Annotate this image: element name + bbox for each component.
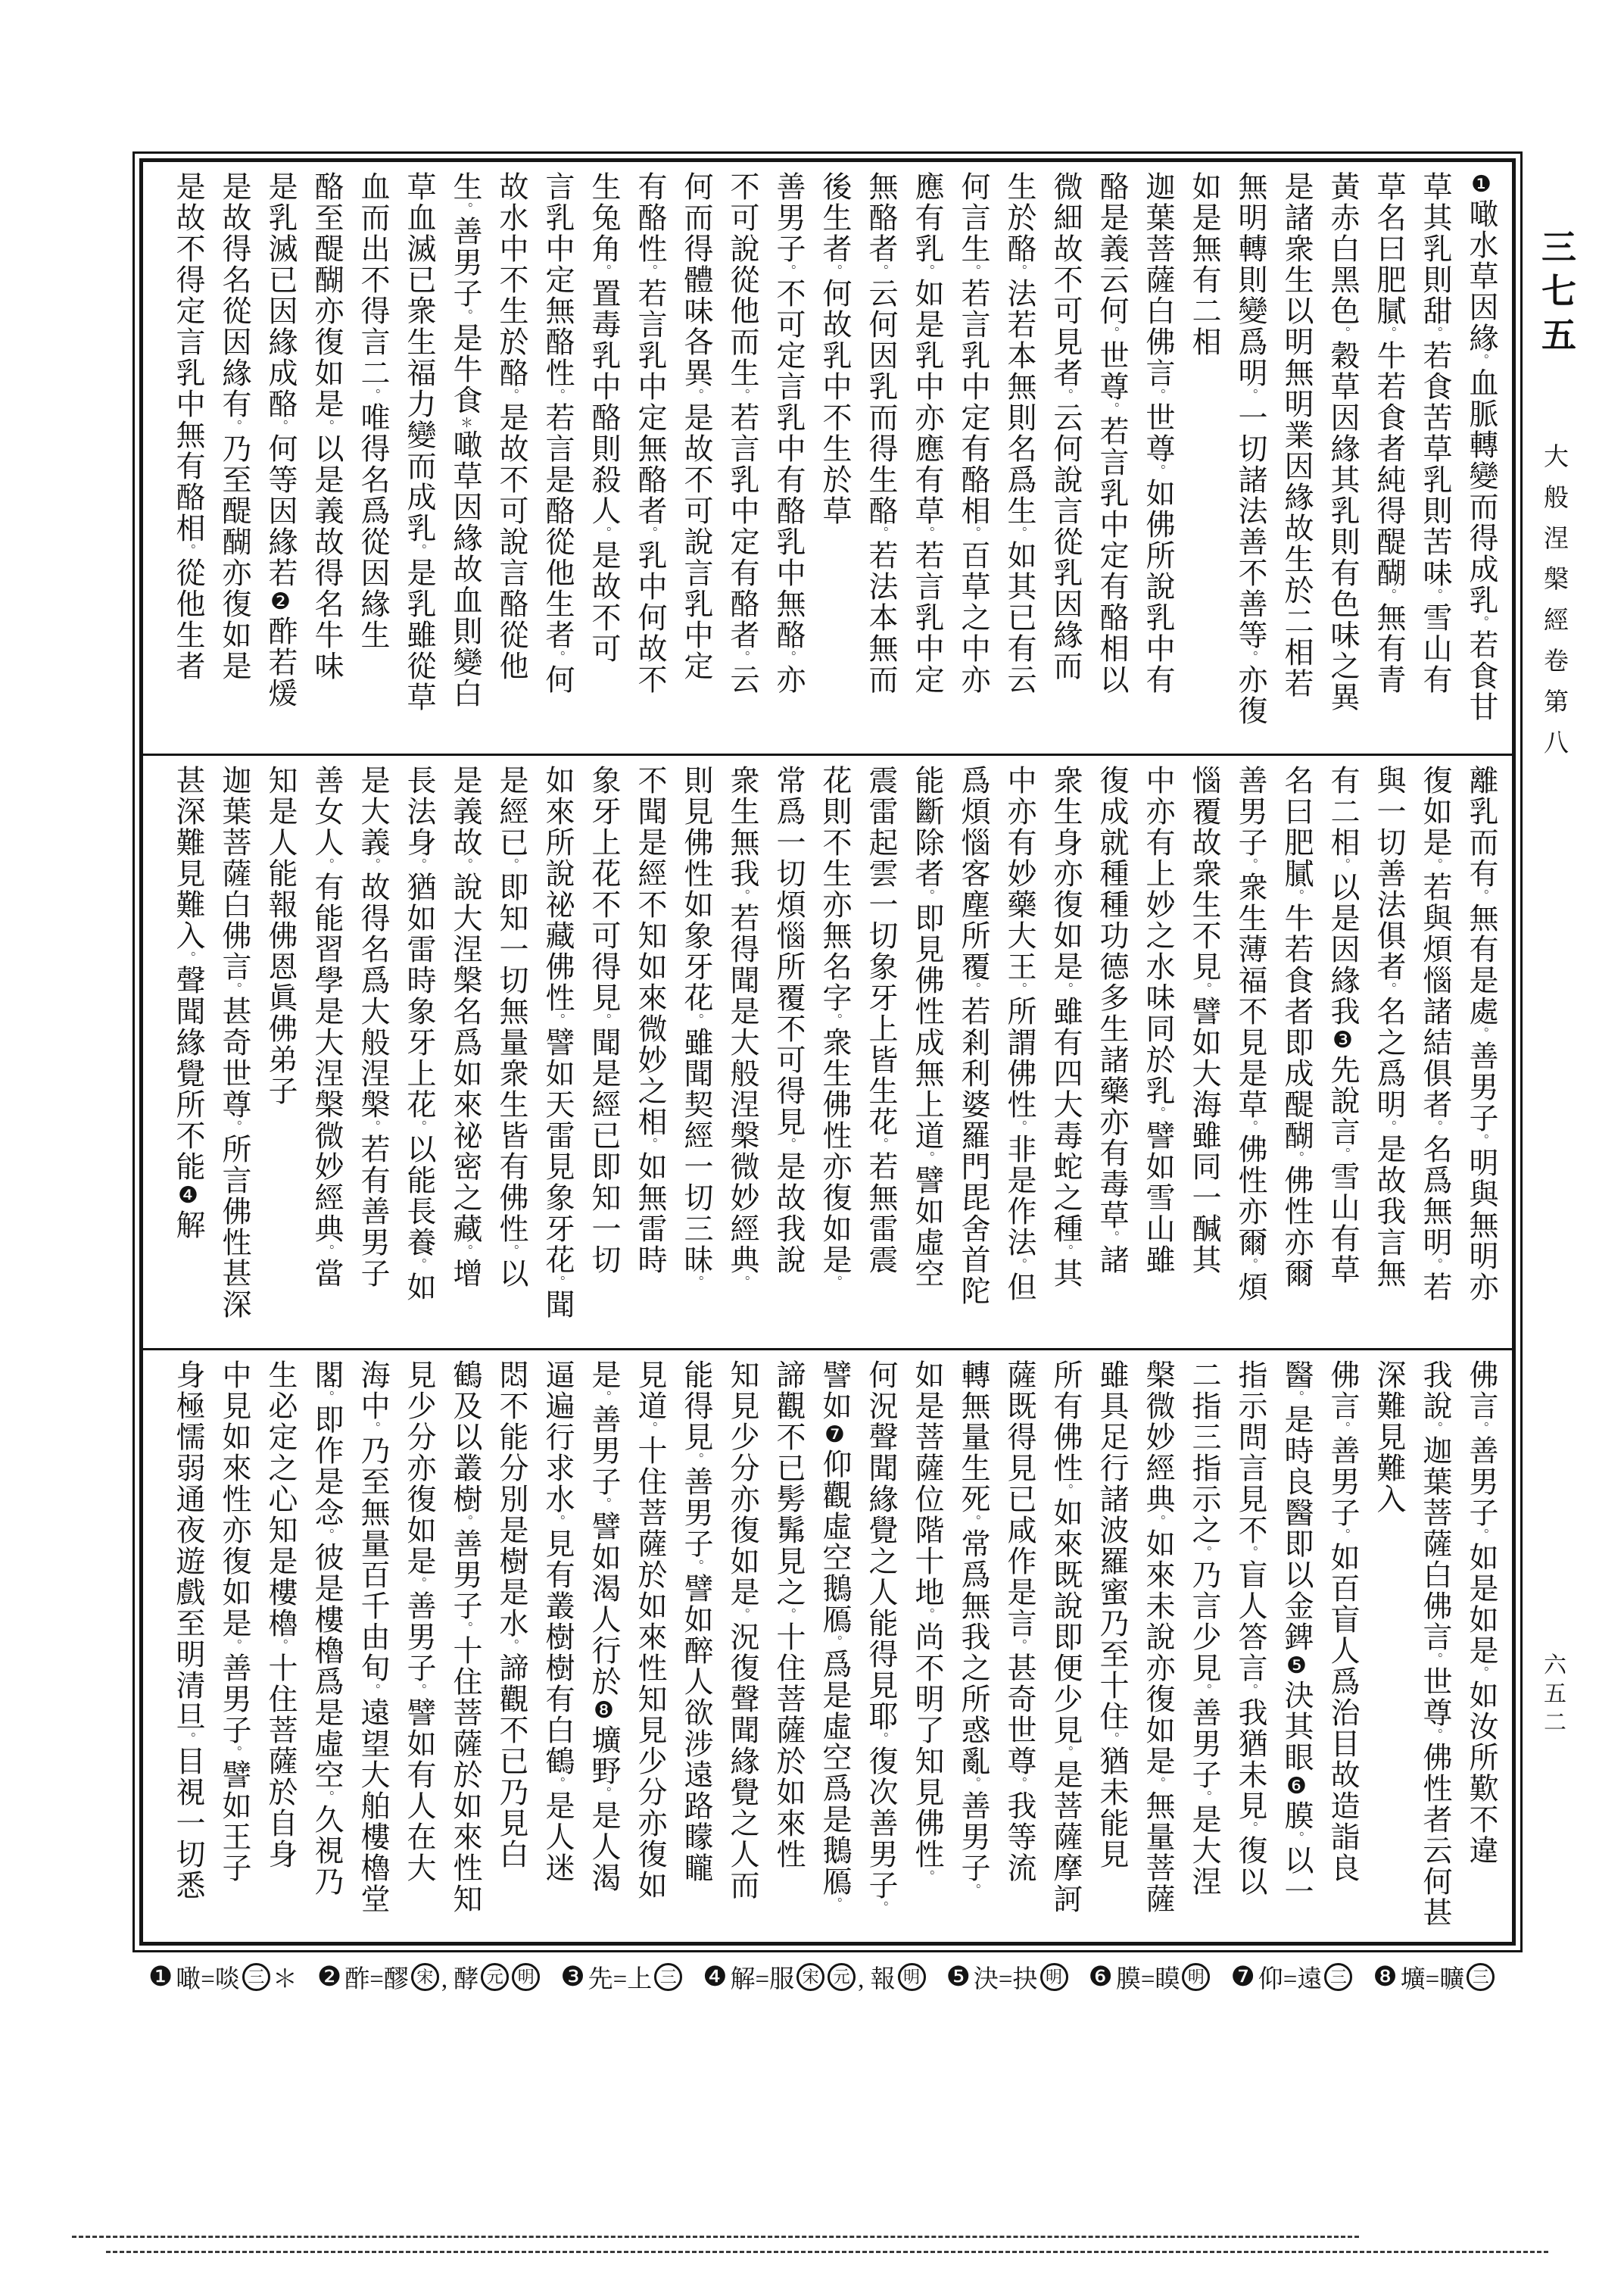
punctuation-mark: 。 <box>1243 1684 1258 1697</box>
punctuation-mark: 。 <box>1151 464 1165 478</box>
text-column: 二指三指示之。乃言少見。善男子。是大涅 <box>1181 1359 1227 1937</box>
punctuation-mark: 。 <box>597 1390 611 1404</box>
punctuation-mark: 。 <box>181 1732 195 1746</box>
punctuation-mark: 。 <box>1474 1528 1488 1542</box>
punctuation-mark: 。 <box>1289 1831 1304 1845</box>
punctuation-mark: 。 <box>458 1621 472 1635</box>
punctuation-mark: 。 <box>966 526 980 540</box>
punctuation-mark: 。 <box>966 1883 980 1897</box>
punctuation-mark: 。 <box>689 1013 703 1027</box>
punctuation-mark: 。 <box>1243 651 1258 664</box>
punctuation-mark: 。 <box>366 1120 380 1134</box>
text-column: 如是無有二相 <box>1181 171 1227 749</box>
punctuation-mark: 。 <box>735 889 750 903</box>
text-band-top: ❶噉水草因緣。血脈轉變而得成乳。若食甘草其乳則甜。若食苦草乳則苦味。雪山有草名曰… <box>143 162 1512 754</box>
text-column: 名曰肥膩。牛若食者即成醍醐。佛性亦爾 <box>1273 765 1320 1343</box>
punctuation-mark: 。 <box>458 1515 472 1528</box>
text-column: 生兔角。置毒乳中酪則殺人。是故不可 <box>581 171 627 749</box>
punctuation-mark: 。 <box>828 1275 842 1289</box>
scanned-sutra-page: 三七五 大般涅槃經卷第八 六五二 ❶噉水草因緣。血脈轉變而得成乳。若食甘草其乳則… <box>0 0 1624 2272</box>
punctuation-mark: 。 <box>689 1453 703 1466</box>
punctuation-mark: 。 <box>1474 1422 1488 1435</box>
text-column: 是故不得定言乳中無有酪相。從他生者 <box>165 171 211 749</box>
text-column: 是義故。說大涅槃名爲如來祕密之藏。增 <box>442 765 488 1343</box>
text-column: 是故得名從因緣有。乃至醍醐亦復如是 <box>211 171 257 749</box>
punctuation-mark: 。 <box>1105 402 1119 416</box>
text-column: 善男子。衆生薄福不見是草。佛性亦爾。煩 <box>1227 765 1273 1343</box>
text-column: 生於酪。法若本無則名爲生。如其已有云 <box>996 171 1043 749</box>
punctuation-mark: 。 <box>1151 1106 1165 1120</box>
text-frame-inner: ❶噉水草因緣。血脈轉變而得成乳。若食甘草其乳則甜。若食苦草乳則苦味。雪山有草名曰… <box>139 158 1516 1946</box>
text-band-bottom: 佛言。善男子。如是如是。如汝所歎不違我說。迦葉菩薩白佛言。世尊。佛性者云何甚深難… <box>143 1348 1512 1942</box>
text-column: 海中。乃至無量百千由旬。遠望大舶樓櫓堂 <box>350 1359 396 1937</box>
punctuation-mark: 。 <box>1474 1666 1488 1680</box>
punctuation-mark: 。 <box>1243 389 1258 402</box>
punctuation-mark: 。 <box>828 264 842 278</box>
punctuation-mark: 。 <box>1289 1390 1304 1404</box>
punctuation-mark: 。 <box>1428 1258 1442 1272</box>
text-column: 薩既得見已咸作是言。甚奇世尊。我等流 <box>996 1359 1043 1937</box>
text-column: 善女人。有能習學是大涅槃微妙經典。當 <box>304 765 350 1343</box>
text-column: 鶴及以叢樹。善男子。十住菩薩於如來性知 <box>442 1359 488 1937</box>
punctuation-mark: 。 <box>1105 326 1119 340</box>
punctuation-mark: 。 <box>412 544 426 557</box>
edition-circle-icon: 三 <box>1467 1963 1495 1991</box>
punctuation-mark: 。 <box>1058 1484 1073 1497</box>
text-column: 酪至醍醐亦復如是。以是義故得名牛味 <box>304 171 350 749</box>
punctuation-mark: 。 <box>781 651 796 664</box>
footnote-number-icon: ❷ <box>317 1961 341 1993</box>
punctuation-mark: 。 <box>689 1275 703 1289</box>
punctuation-mark: 。 <box>874 526 888 540</box>
punctuation-mark: 。 <box>1336 1147 1350 1161</box>
footnote-text: 壙=曠 <box>1401 1959 1465 1995</box>
edition-circle-icon: 元 <box>828 1963 856 1991</box>
text-column: 黃赤白黑色。穀草因緣其乳則有色味之異 <box>1320 171 1366 749</box>
punctuation-mark: 。 <box>874 1901 888 1915</box>
edition-circle-icon: 宋 <box>411 1963 439 1991</box>
footnote-ref-marker: ❺ <box>1284 1653 1309 1680</box>
punctuation-mark: 。 <box>1382 1120 1396 1134</box>
text-column: 花則不生亦無名字。衆生佛性亦復如是。 <box>812 765 858 1343</box>
footnote-ref-marker: ❹ <box>176 1182 201 1209</box>
punctuation-mark: 。 <box>227 982 242 996</box>
punctuation-mark: 。 <box>735 1608 750 1621</box>
punctuation-mark: 。 <box>1336 1528 1350 1542</box>
punctuation-mark: 。 <box>227 1746 242 1759</box>
edition-circle-icon: 三 <box>242 1963 270 1991</box>
text-column: 閣。即作是念。彼是樓櫓爲是虛空。久視乃 <box>304 1359 350 1937</box>
text-column: 善男子。不可定言乳中有酪乳中無酪。亦 <box>765 171 812 749</box>
punctuation-mark: 。 <box>1012 1639 1027 1653</box>
text-column: 是。善男子。譬如渴人行於❽壙野。是人渴 <box>581 1359 627 1937</box>
punctuation-mark: 。 <box>227 1120 242 1134</box>
edition-circle-icon: 明 <box>512 1963 540 1991</box>
footnote-ref-marker: ❻ <box>1284 1773 1309 1800</box>
text-column: 有二相。以是因緣我❸先說言。雪山有草 <box>1320 765 1366 1343</box>
footnote-entry: ❶噉=啖三＊ <box>148 1959 298 1995</box>
footnote-text: , 報 <box>858 1959 896 1995</box>
text-column: 血而出不得言二。唯得名爲從因緣生 <box>350 171 396 749</box>
punctuation-mark: 。 <box>1197 1684 1211 1697</box>
punctuation-mark: 。 <box>643 1422 657 1435</box>
text-column: 逼遍行求水。見有叢樹樹有白鶴。是人迷 <box>535 1359 581 1937</box>
text-column: 悶不能分別是樹是水。諦觀不已乃見白 <box>488 1359 535 1937</box>
text-column: 佛言。善男子。如是如是。如汝所歎不違 <box>1458 1359 1504 1937</box>
punctuation-mark: 。 <box>1012 1258 1027 1272</box>
text-column: 身極懦弱通夜遊戲至明清旦。目視一切悉 <box>165 1359 211 1937</box>
punctuation-mark: 。 <box>1197 1790 1211 1804</box>
footnote-number-icon: ❹ <box>703 1961 727 1993</box>
text-column: 甚深難見難入。聲聞緣覺所不能❹解 <box>165 765 211 1343</box>
text-column: 是諸衆生以明無明業因緣故生於二相若 <box>1273 171 1320 749</box>
footnote-text: 噉=啖 <box>176 1959 240 1995</box>
punctuation-mark: 。 <box>504 858 519 872</box>
text-frame: ❶噉水草因緣。血脈轉變而得成乳。若食甘草其乳則甜。若食苦草乳則苦味。雪山有草名曰… <box>132 151 1523 1952</box>
punctuation-mark: 。 <box>227 1639 242 1653</box>
punctuation-mark: 。 <box>597 264 611 278</box>
punctuation-mark: 。 <box>828 1897 842 1911</box>
punctuation-mark: 。 <box>1151 389 1165 402</box>
text-column: 與一切善法俱者。名之爲明。是故我言無 <box>1366 765 1412 1343</box>
text-column: 常爲一切煩惱所覆不可得見。是故我說 <box>765 765 812 1343</box>
punctuation-mark: 。 <box>920 1151 934 1165</box>
punctuation-mark: 。 <box>1012 1777 1027 1790</box>
text-column: 長法身。猶如雷時象牙上花。以能長養。如 <box>396 765 442 1343</box>
text-column: 迦葉菩薩白佛言。世尊。如佛所說乳中有 <box>1135 171 1181 749</box>
footnote-ref-marker: ❼ <box>822 1422 847 1449</box>
text-column: 指示問言見不。盲人答言。我猶未見。復以 <box>1227 1359 1273 1937</box>
text-column: 佛言。善男子。如百盲人爲治目故造詣良 <box>1320 1359 1366 1937</box>
punctuation-mark: 。 <box>458 202 472 216</box>
edition-circle-icon: 明 <box>898 1963 926 1991</box>
text-column: 無明轉則變爲明。一切諸法善不善等。亦復 <box>1227 171 1273 749</box>
punctuation-mark: 。 <box>966 1777 980 1790</box>
text-column: 不聞是經不知如來微妙之相。如無雷時 <box>627 765 673 1343</box>
text-column: 知見少分亦復如是。況復聲聞緣覺之人而 <box>719 1359 765 1937</box>
text-column: 離乳而有。無有是處。善男子。明與無明亦 <box>1458 765 1504 1343</box>
text-column: 深難見難入 <box>1366 1359 1412 1937</box>
punctuation-mark: 。 <box>550 1777 565 1790</box>
punctuation-mark: 。 <box>874 1732 888 1746</box>
text-column: 如來所說祕藏佛性。譬如天雷見象牙花。聞 <box>535 765 581 1343</box>
punctuation-mark: 。 <box>689 1559 703 1573</box>
punctuation-mark: 。 <box>1474 354 1488 367</box>
punctuation-mark: 。 <box>1428 1653 1442 1666</box>
punctuation-mark: 。 <box>504 1639 519 1653</box>
punctuation-mark: 。 <box>504 1244 519 1258</box>
punctuation-mark: 。 <box>920 264 934 278</box>
footnote-text: ＊ <box>273 1959 298 1995</box>
text-column: 見道。十住菩薩於如來性知見少分亦復如 <box>627 1359 673 1937</box>
punctuation-mark: 。 <box>1243 1821 1258 1835</box>
punctuation-mark: 。 <box>320 1390 334 1404</box>
punctuation-mark: 。 <box>781 1608 796 1621</box>
text-column: 是經已。即知一切無量衆生皆有佛性。以 <box>488 765 535 1343</box>
punctuation-mark: 。 <box>874 264 888 278</box>
text-column: 不可說從他而生。若言乳中定有酪者。云 <box>719 171 765 749</box>
punctuation-mark: 。 <box>1012 526 1027 540</box>
footnote-text: 解=服 <box>731 1959 795 1995</box>
edition-circle-icon: 三 <box>654 1963 682 1991</box>
punctuation-mark: 。 <box>550 389 565 402</box>
text-column: 所有佛性。如來既說即便少見。是菩薩摩訶 <box>1043 1359 1089 1937</box>
text-column: 譬如❼仰觀虛空鵝鴈。爲是虛空爲是鵝鴈。 <box>812 1359 858 1937</box>
footnote-entry: ❷酢=醪宋, 酵元明 <box>317 1959 541 1995</box>
punctuation-mark: 。 <box>1428 1728 1442 1742</box>
footnote-text: 先=上 <box>588 1959 653 1995</box>
punctuation-mark: 。 <box>412 1577 426 1590</box>
punctuation-mark: 。 <box>1474 616 1488 629</box>
punctuation-mark: 。 <box>1382 982 1396 996</box>
punctuation-mark: 。 <box>920 526 934 540</box>
text-column: 草血滅已衆生福力變而成乳。是乳雖從草 <box>396 171 442 749</box>
punctuation-mark: 。 <box>1012 264 1027 278</box>
punctuation-mark: 。 <box>366 858 380 872</box>
text-column: 醫。是時良醫即以金錍❺決其眼❻膜。以一 <box>1273 1359 1320 1937</box>
punctuation-mark: 。 <box>1058 1746 1073 1759</box>
punctuation-mark: 。 <box>366 389 380 402</box>
footnote-entry: ❻膜=瞙明 <box>1089 1959 1211 1995</box>
punctuation-mark: 。 <box>643 264 657 278</box>
punctuation-mark: 。 <box>412 1120 426 1134</box>
punctuation-mark: 。 <box>781 1138 796 1151</box>
footnote-text: 決=抉 <box>974 1959 1038 1995</box>
text-column: ❶噉水草因緣。血脈轉變而得成乳。若食甘 <box>1458 171 1504 749</box>
punctuation-mark: 。 <box>1289 1151 1304 1165</box>
edition-circle-icon: 宋 <box>796 1963 824 1991</box>
punctuation-mark: 。 <box>1243 1120 1258 1134</box>
text-band-middle: 離乳而有。無有是處。善男子。明與無明亦復如是。若與煩惱諸結俱者。名爲無明。若與一… <box>143 754 1512 1347</box>
punctuation-mark: 。 <box>1428 1422 1442 1435</box>
text-column: 能得見。善男子。譬如醉人欲涉遠路矇矓 <box>673 1359 719 1937</box>
footnote-number-icon: ❽ <box>1373 1961 1397 1993</box>
footnote-ref-marker: ❶ <box>1469 171 1494 198</box>
text-column: 應有乳。如是乳中亦應有草。若言乳中定 <box>904 171 950 749</box>
text-column: 衆生無我。若得聞是大般涅槃微妙經典。 <box>719 765 765 1343</box>
text-column: 草其乳則甜。若食苦草乳則苦味。雪山有 <box>1412 171 1458 749</box>
punctuation-mark: 。 <box>320 420 334 433</box>
footnote-entry: ❽壙=曠三 <box>1373 1959 1495 1995</box>
footnote-text: 酢=醪 <box>344 1959 409 1995</box>
footnote-ref-marker: ❽ <box>591 1697 616 1724</box>
punctuation-mark: 。 <box>1243 1546 1258 1559</box>
punctuation-mark: 。 <box>1151 1777 1165 1790</box>
punctuation-mark: 。 <box>781 264 796 278</box>
footnote-bar: ❶噉=啖三＊❷酢=醪宋, 酵元明❸先=上三❹解=服宋元, 報明❺決=抉明❻膜=瞙… <box>148 1958 1523 1995</box>
punctuation-mark: 。 <box>920 889 934 903</box>
punctuation-mark: 。 <box>320 1528 334 1542</box>
punctuation-mark: 。 <box>550 1013 565 1027</box>
text-column: 諦觀不已髣髴見之。十住菩薩於如來性 <box>765 1359 812 1937</box>
punctuation-mark: 。 <box>1474 889 1488 903</box>
punctuation-mark: 。 <box>227 420 242 433</box>
punctuation-mark: 。 <box>458 858 472 872</box>
edition-circle-icon: 明 <box>1040 1963 1068 1991</box>
punctuation-mark: 。 <box>735 389 750 402</box>
footnote-number-icon: ❸ <box>560 1961 584 1993</box>
text-column: 震雷起雲一切象牙上皆生花。若無雷震 <box>858 765 904 1343</box>
punctuation-mark: 。 <box>874 1138 888 1151</box>
text-column: 生。善男子。是牛食＊噉草因緣故血則變白 <box>442 171 488 749</box>
punctuation-mark: 。 <box>597 1013 611 1027</box>
footnote-number-icon: ❼ <box>1230 1961 1255 1993</box>
punctuation-mark: 。 <box>643 526 657 540</box>
punctuation-mark: 。 <box>1012 982 1027 996</box>
punctuation-mark: 。 <box>1058 982 1073 996</box>
punctuation-mark: 。 <box>597 526 611 540</box>
punctuation-mark: 。 <box>550 1515 565 1528</box>
text-column: 爲煩惱客塵所覆。若剎利婆羅門毘舍首陀 <box>950 765 996 1343</box>
punctuation-mark: 。 <box>504 389 519 402</box>
punctuation-mark: 。 <box>412 1684 426 1697</box>
text-column: 知是人能報佛恩眞佛弟子 <box>257 765 304 1343</box>
punctuation-mark: 。 <box>1474 1027 1488 1041</box>
edition-circle-icon: 明 <box>1182 1963 1210 1991</box>
text-column: 言乳中定無酪性。若言是酪從他生者。何 <box>535 171 581 749</box>
punctuation-mark: 。 <box>689 389 703 402</box>
punctuation-mark: 。 <box>550 651 565 664</box>
footnote-ref-marker: ❷ <box>268 588 293 616</box>
punctuation-mark: 。 <box>735 651 750 664</box>
text-column: 何況聲聞緣覺之人能得見耶。復次善男子。 <box>858 1359 904 1937</box>
text-column: 衆生身亦復如是。雖有四大毒蛇之種。其 <box>1043 765 1089 1343</box>
text-column: 惱覆故衆生不見。譬如大海雖同一醎其 <box>1181 765 1227 1343</box>
punctuation-mark: 。 <box>966 1515 980 1528</box>
text-column: 如是菩薩位階十地。尚不明了知見佛性。 <box>904 1359 950 1937</box>
text-column: 轉無量生死。常爲無我之所惑亂。善男子。 <box>950 1359 996 1937</box>
text-column: 復如是。若與煩惱諸結俱者。名爲無明。若 <box>1412 765 1458 1343</box>
punctuation-mark: 。 <box>643 1138 657 1151</box>
punctuation-mark: 。 <box>1151 1515 1165 1528</box>
punctuation-mark: ＊ <box>458 416 472 429</box>
folio-page-number: 三七五 <box>1531 229 1581 360</box>
punctuation-mark: 。 <box>1428 1120 1442 1134</box>
text-column: 象牙上花不可得見。聞是經已即知一切 <box>581 765 627 1343</box>
punctuation-mark: 。 <box>1105 1231 1119 1244</box>
sutra-volume-title: 大般涅槃經卷第八 <box>1536 443 1572 770</box>
scan-artifact-dashes <box>72 2236 1359 2238</box>
footnote-text: 膜=瞙 <box>1116 1959 1180 1995</box>
punctuation-mark: 。 <box>828 1013 842 1027</box>
punctuation-mark: 。 <box>1243 858 1258 872</box>
text-column: 生必定之心知是樓櫓。十住菩薩於自身 <box>257 1359 304 1937</box>
punctuation-mark: 。 <box>1012 1120 1027 1134</box>
punctuation-mark: 。 <box>920 1608 934 1621</box>
edition-circle-icon: 三 <box>1324 1963 1352 1991</box>
punctuation-mark: 。 <box>320 858 334 872</box>
footnote-text: , 酵 <box>441 1959 479 1995</box>
text-column: 是大義。故得名爲大般涅槃。若有善男子 <box>350 765 396 1343</box>
text-column: 後生者。何故乳中不生於草 <box>812 171 858 749</box>
punctuation-mark: 。 <box>1428 858 1442 872</box>
punctuation-mark: 。 <box>597 1787 611 1800</box>
punctuation-mark: 。 <box>1428 588 1442 602</box>
footnote-ref-marker: ❸ <box>1330 1027 1355 1054</box>
text-column: 何而得體味各異。是故不可說言乳中定 <box>673 171 719 749</box>
text-column: 酪是義云何。世尊。若言乳中定有酪相以 <box>1089 171 1135 749</box>
punctuation-mark: 。 <box>550 1275 565 1289</box>
punctuation-mark: 。 <box>1336 326 1350 340</box>
punctuation-mark: 。 <box>366 1422 380 1435</box>
punctuation-mark: 。 <box>458 1244 472 1258</box>
punctuation-mark: 。 <box>1382 588 1396 602</box>
punctuation-mark: 。 <box>273 1639 288 1653</box>
punctuation-mark: 。 <box>1197 982 1211 996</box>
text-column: 草名曰肥膩。牛若食者純得醍醐。無有青 <box>1366 171 1412 749</box>
footnote-entry: ❸先=上三 <box>560 1959 683 1995</box>
text-column: 何言生。若言乳中定有酪相。百草之中亦 <box>950 171 996 749</box>
punctuation-mark: 。 <box>1289 889 1304 903</box>
footnote-entry: ❼仰=遠三 <box>1230 1959 1353 1995</box>
text-column: 微細故不可見者。云何說言從乳因緣而 <box>1043 171 1089 749</box>
text-column: 能斷除者。即見佛性成無上道。譬如虛空 <box>904 765 950 1343</box>
text-column: 是乳滅已因緣成酪。何等因緣若❷酢若煖 <box>257 171 304 749</box>
side-page-number: 六五二 <box>1535 1653 1569 1739</box>
punctuation-mark: 。 <box>273 420 288 433</box>
text-column: 則見佛性如象牙花。雖聞契經一切三昧。 <box>673 765 719 1343</box>
punctuation-mark: 。 <box>458 309 472 323</box>
punctuation-mark: 。 <box>1382 326 1396 340</box>
punctuation-mark: 。 <box>1243 1258 1258 1272</box>
scan-artifact-dashes <box>106 2251 1548 2253</box>
punctuation-mark: 。 <box>1336 1422 1350 1435</box>
punctuation-mark: 。 <box>1428 326 1442 340</box>
footnote-entry: ❹解=服宋元, 報明 <box>703 1959 926 1995</box>
punctuation-mark: 。 <box>966 982 980 996</box>
punctuation-mark: 。 <box>181 951 195 965</box>
text-column: 中見如來性亦復如是。善男子。譬如王子 <box>211 1359 257 1937</box>
edition-circle-icon: 元 <box>481 1963 509 1991</box>
footnote-entry: ❺決=抉明 <box>946 1959 1069 1995</box>
punctuation-mark: 。 <box>735 1275 750 1289</box>
text-column: 中亦有上妙之水味同於乳。譬如雪山雖 <box>1135 765 1181 1343</box>
punctuation-mark: 。 <box>1058 1244 1073 1258</box>
text-column: 見少分亦復如是。善男子。譬如有人在大 <box>396 1359 442 1937</box>
punctuation-mark: 。 <box>320 1790 334 1804</box>
punctuation-mark: 。 <box>412 1258 426 1272</box>
punctuation-mark: 。 <box>1058 389 1073 402</box>
punctuation-mark: 。 <box>597 1497 611 1511</box>
text-column: 有酪性。若言乳中定無酪者。乳中何故不 <box>627 171 673 749</box>
text-column: 無酪者。云何因乳而得生酪。若法本無而 <box>858 171 904 749</box>
footnote-number-icon: ❻ <box>1089 1961 1113 1993</box>
text-column: 槃微妙經典。如來未說亦復如是。無量菩薩 <box>1135 1359 1181 1937</box>
footnote-text: 仰=遠 <box>1258 1959 1323 1995</box>
punctuation-mark: 。 <box>1474 1134 1488 1147</box>
text-column: 中亦有妙藥大王。所謂佛性。非是作法。但 <box>996 765 1043 1343</box>
footnote-number-icon: ❶ <box>148 1961 173 1993</box>
punctuation-mark: 。 <box>1105 1732 1119 1746</box>
punctuation-mark: 。 <box>920 1870 934 1883</box>
punctuation-mark: 。 <box>966 264 980 278</box>
footnote-number-icon: ❺ <box>946 1961 971 1993</box>
punctuation-mark: 。 <box>828 1635 842 1649</box>
punctuation-mark: 。 <box>1197 1546 1211 1559</box>
punctuation-mark: 。 <box>181 544 195 557</box>
text-column: 復成就種種功德多生諸藥亦有毒草。諸 <box>1089 765 1135 1343</box>
punctuation-mark: 。 <box>366 1684 380 1697</box>
punctuation-mark: 。 <box>412 858 426 872</box>
text-column: 我說。迦葉菩薩白佛言。世尊。佛性者云何甚 <box>1412 1359 1458 1937</box>
text-column: 故水中不生於酪。是故不可說言酪從他 <box>488 171 535 749</box>
punctuation-mark: 。 <box>1336 858 1350 872</box>
text-column: 迦葉菩薩白佛言。甚奇世尊。所言佛性甚深 <box>211 765 257 1343</box>
text-column: 雖具足行諸波羅蜜乃至十住。猶未能見 <box>1089 1359 1135 1937</box>
punctuation-mark: 。 <box>320 1244 334 1258</box>
